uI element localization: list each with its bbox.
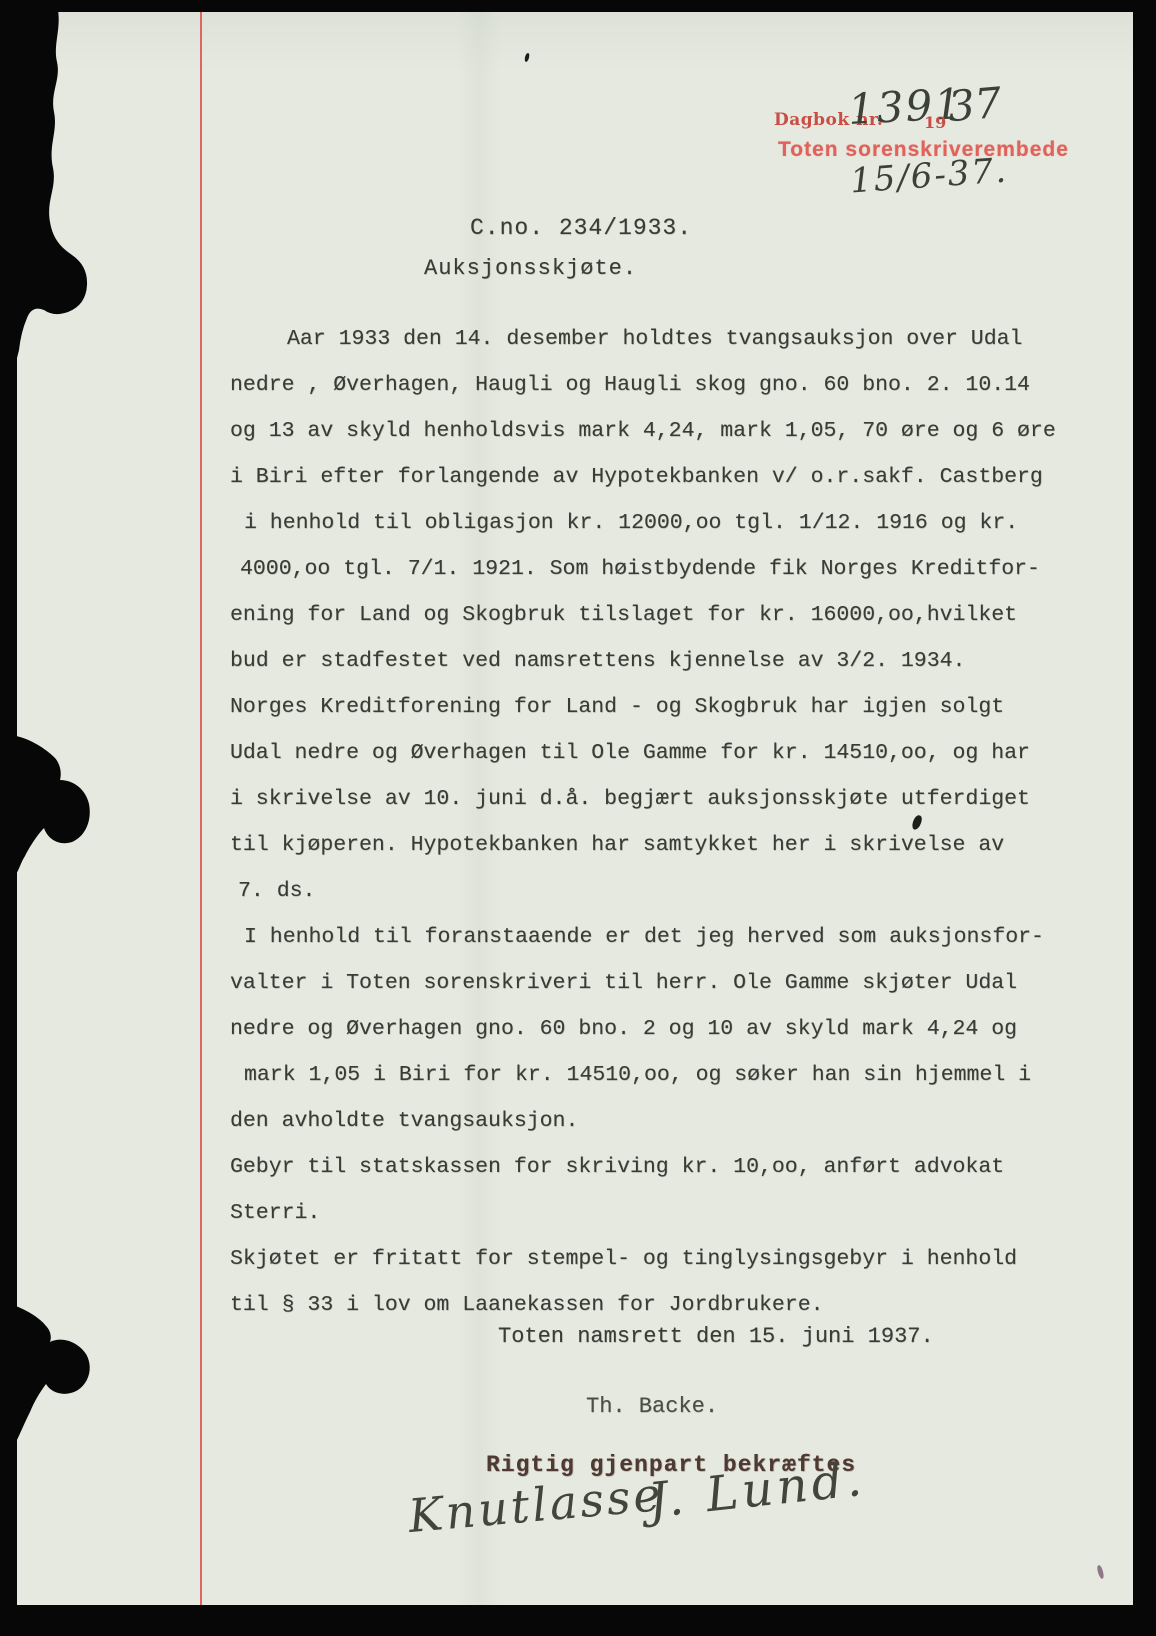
typed-line-13: 7. ds. [230, 868, 1130, 914]
scanned-page-background: { "colors": { "paper": "#e6e9e0", "scan_… [0, 0, 1156, 1636]
typed-body: Aar 1933 den 14. desember holdtes tvangs… [230, 316, 1130, 1328]
typed-line-2: nedre , Øverhagen, Haugli og Haugli skog… [230, 362, 1130, 408]
typed-line-9: Norges Kreditforening for Land - og Skog… [230, 684, 1130, 730]
typed-line-19: Gebyr til statskassen for skriving kr. 1… [230, 1144, 1130, 1190]
journal-stamp: Dagbok nr. 1391 19 37 Toten sorenskriver… [768, 86, 1108, 216]
typed-line-20: Sterri. [230, 1190, 1130, 1236]
typed-line-21: Skjøtet er fritatt for stempel- og tingl… [230, 1236, 1130, 1282]
typed-line-1: Aar 1933 den 14. desember holdtes tvangs… [230, 316, 1130, 362]
typed-line-11: i skrivelse av 10. juni d.å. begjært auk… [230, 776, 1130, 822]
typed-line-17: mark 1,05 i Biri for kr. 14510,oo, og sø… [230, 1052, 1130, 1098]
typed-line-3: og 13 av skyld henholdsvis mark 4,24, ma… [230, 408, 1130, 454]
typed-line-22: til § 33 i lov om Laanekassen for Jordbr… [230, 1282, 1130, 1328]
typed-line-16: nedre og Øverhagen gno. 60 bno. 2 og 10 … [230, 1006, 1130, 1052]
typed-line-5: i henhold til obligasjon kr. 12000,oo tg… [230, 500, 1130, 546]
closing-place-date: Toten namsrett den 15. juni 1937. [498, 1324, 934, 1349]
document-title: Auksjonsskjøte. [424, 256, 637, 281]
typed-line-15: valter i Toten sorenskriveri til herr. O… [230, 960, 1130, 1006]
year-suffix-handwritten: 37 [946, 78, 1004, 131]
typed-line-4: i Biri efter forlangende av Hypotekbanke… [230, 454, 1130, 500]
typed-line-12: til kjøperen. Hypotekbanken har samtykke… [230, 822, 1130, 868]
margin-line [200, 12, 202, 1605]
case-number: C.no. 234/1933. [470, 215, 692, 241]
typed-line-14: I henhold til foranstaaende er det jeg h… [230, 914, 1130, 960]
typed-line-6: 4000,oo tgl. 7/1. 1921. Som høistbydende… [230, 546, 1130, 592]
typed-line-8: bud er stadfestet ved namsrettens kjenne… [230, 638, 1130, 684]
typed-signature: Th. Backe. [586, 1394, 718, 1419]
typed-line-18: den avholdte tvangsauksjon. [230, 1098, 1130, 1144]
typed-line-7: ening for Land og Skogbruk tilslaget for… [230, 592, 1130, 638]
typed-line-10: Udal nedre og Øverhagen til Ole Gamme fo… [230, 730, 1130, 776]
year-prefix-printed: 19 [924, 113, 946, 132]
